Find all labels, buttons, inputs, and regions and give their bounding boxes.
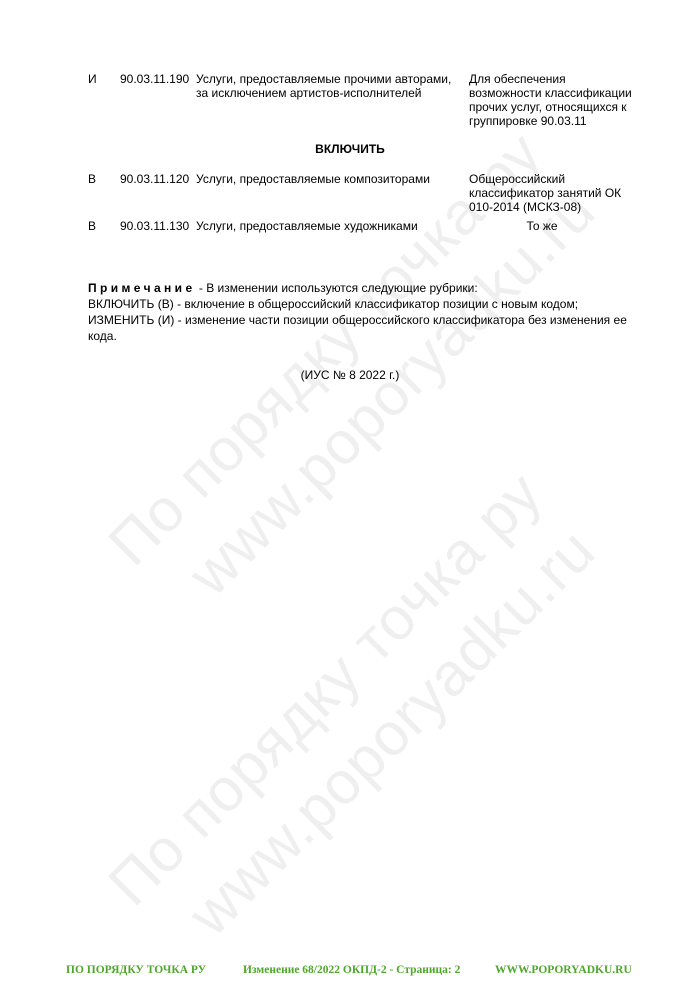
footer-site-url[interactable]: WWW.POPORYADKU.RU — [495, 964, 632, 976]
row-code: 90.03.11.190 — [120, 72, 189, 86]
note-line-change: ИЗМЕНИТЬ (И) - изменение части позиции о… — [88, 312, 633, 344]
row-note: Для обеспечения возможности классификаци… — [469, 72, 639, 128]
row-note: То же — [490, 219, 594, 233]
note-intro-line: Примечание - В изменении используются сл… — [88, 280, 633, 296]
note-block: Примечание - В изменении используются сл… — [88, 280, 633, 344]
footer-site-name: ПО ПОРЯДКУ ТОЧКА РУ — [66, 964, 206, 976]
row-code: 90.03.11.120 — [120, 172, 189, 186]
row-description: Услуги, предоставляемые художниками — [196, 219, 466, 233]
row-action-letter: И — [88, 72, 97, 86]
row-action-letter: В — [88, 219, 96, 233]
row-action-letter: В — [88, 172, 96, 186]
footer-page-info: Изменение 68/2022 ОКПД-2 - Страница: 2 — [243, 964, 460, 976]
note-intro: - В изменении используются следующие руб… — [196, 281, 478, 295]
row-description: Услуги, предоставляемые прочими авторами… — [196, 72, 466, 100]
watermark-url: www.poporyadku.ru — [175, 175, 608, 608]
watermark-text: По порядку точка ру — [95, 458, 555, 918]
section-heading: ВКЛЮЧИТЬ — [0, 142, 700, 156]
document-page: По порядку точка ру www.poporyadku.ru По… — [0, 0, 700, 990]
watermark-url: www.poporyadku.ru — [175, 515, 608, 948]
note-label: Примечание — [88, 281, 196, 295]
row-description: Услуги, предоставляемые композиторами — [196, 172, 466, 186]
row-code: 90.03.11.130 — [120, 219, 189, 233]
ius-reference: (ИУС № 8 2022 г.) — [0, 368, 700, 382]
row-note: Общероссийский классификатор занятий ОК … — [469, 172, 629, 214]
note-line-include: ВКЛЮЧИТЬ (В) - включение в общероссийски… — [88, 296, 633, 312]
